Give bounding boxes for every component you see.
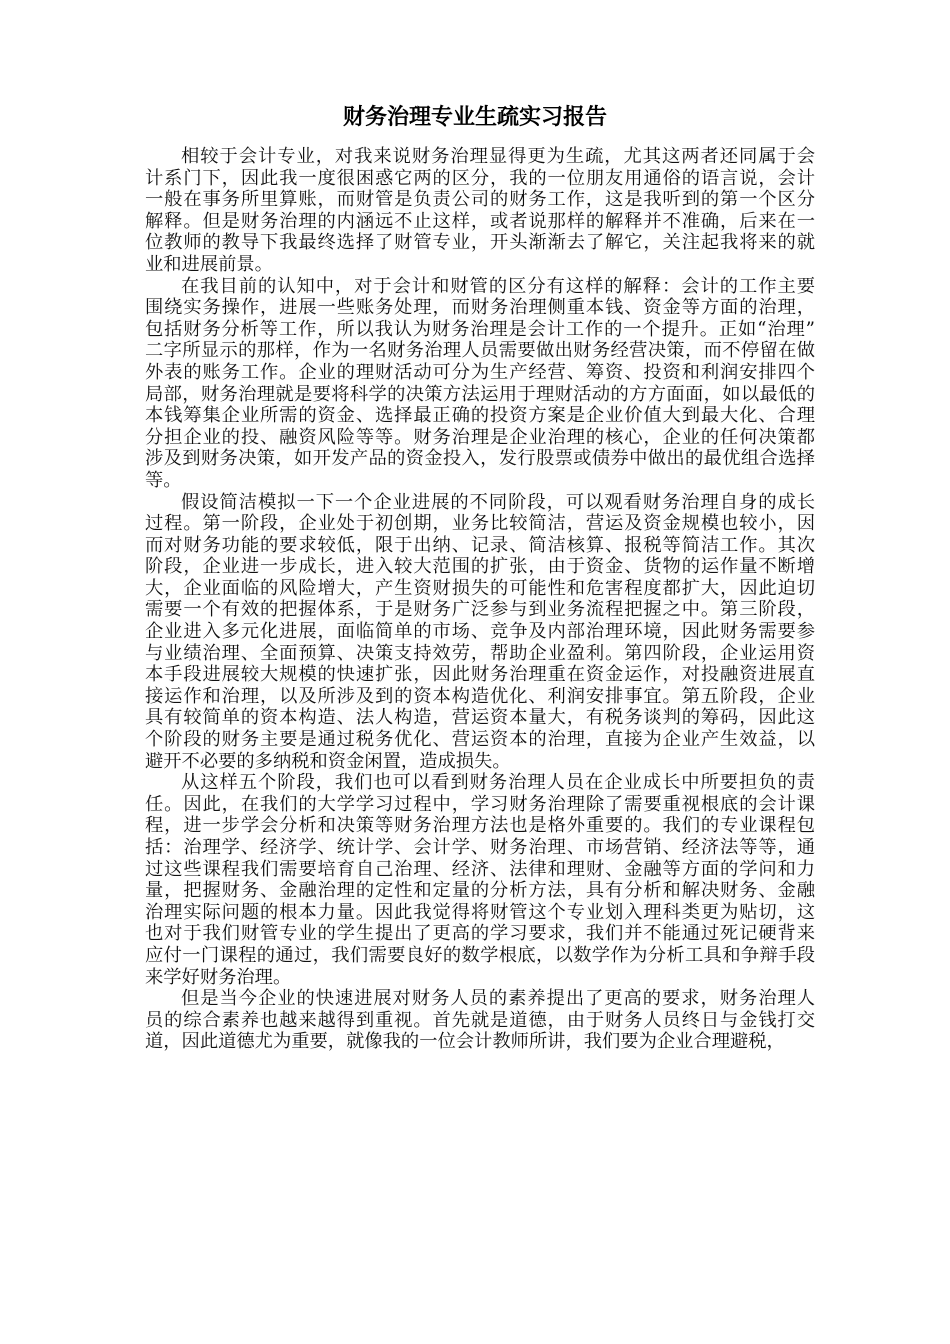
text-line: 道，因此道德尤为重要，就像我的一位会计教师所讲，我们要为企业合理避税， [145,1031,815,1053]
text-line: 而对财务功能的要求较低，限于出纳、记录、简洁核算、报税等简洁工作。其次 [145,535,815,557]
text-line: 从这样五个阶段，我们也可以看到财务治理人员在企业成长中所要担负的责 [145,772,815,794]
text-line: 大，企业面临的风险增大，产生资财损失的可能性和危害程度都扩大，因此迫切 [145,578,815,600]
text-line: 围绕实务操作，进展一些账务处理，而财务治理侧重本钱、资金等方面的治理， [145,297,815,319]
text-line: 等。 [145,470,815,492]
paragraph: 在我目前的认知中，对于会计和财管的区分有这样的解释：会计的工作主要围绕实务操作，… [145,276,815,492]
text-line: 外表的账务工作。企业的理财活动可分为生产经营、筹资、投资和利润安排四个 [145,362,815,384]
text-line: 业和进展前景。 [145,254,815,276]
document-body: 相较于会计专业，对我来说财务治理显得更为生疏，尤其这两者还同属于会计系门下，因此… [145,146,815,1053]
text-line: 也对于我们财管专业的学生提出了更高的学习要求，我们并不能通过死记硬背来 [145,923,815,945]
text-line: 但是当今企业的快速进展对财务人员的素养提出了更高的要求，财务治理人 [145,988,815,1010]
text-line: 个阶段的财务主要是通过税务优化、营运资本的治理，直接为企业产生效益，以 [145,729,815,751]
text-line: 计系门下，因此我一度很困惑它两的区分，我的一位朋友用通俗的语言说，会计 [145,168,815,190]
text-line: 接运作和治理，以及所涉及到的资本构造优化、利润安排事宜。第五阶段，企业 [145,686,815,708]
text-line: 涉及到财务决策，如开发产品的资金投入，发行股票或债券中做出的最优组合选择 [145,448,815,470]
paragraph: 相较于会计专业，对我来说财务治理显得更为生疏，尤其这两者还同属于会计系门下，因此… [145,146,815,276]
text-line: 避开不必要的多纳税和资金闲置，造成损失。 [145,751,815,773]
text-line: 过程。第一阶段，企业处于初创期，业务比较简洁，营运及资金规模也较小，因 [145,513,815,535]
text-line: 企业进入多元化进展，面临简单的市场、竞争及内部治理环境，因此财务需要参 [145,621,815,643]
text-line: 阶段，企业进一步成长，进入较大范围的扩张，由于资金、货物的运作量不断增 [145,556,815,578]
text-line: 包括财务分析等工作，所以我认为财务治理是会计工作的一个提升。正如“治理” [145,319,815,341]
text-line: 应付一门课程的通过，我们需要良好的数学根底，以数学作为分析工具和争辩手段 [145,945,815,967]
text-line: 具有较简单的资本构造、法人构造，营运资本量大，有税务谈判的筹码，因此这 [145,707,815,729]
text-line: 本钱筹集企业所需的资金、选择最正确的投资方案是企业价值大到最大化、合理 [145,405,815,427]
paragraph: 但是当今企业的快速进展对财务人员的素养提出了更高的要求，财务治理人员的综合素养也… [145,988,815,1053]
text-line: 二字所显示的那样，作为一名财务治理人员需要做出财务经营决策，而不停留在做 [145,340,815,362]
text-line: 程，进一步学会分析和决策等财务治理方法也是格外重要的。我们的专业课程包 [145,815,815,837]
paragraph: 从这样五个阶段，我们也可以看到财务治理人员在企业成长中所要担负的责任。因此，在我… [145,772,815,988]
text-line: 量，把握财务、金融治理的定性和定量的分析方法，具有分析和解决财务、金融 [145,880,815,902]
text-line: 分担企业的投、融资风险等等。财务治理是企业治理的核心，企业的任何决策都 [145,427,815,449]
text-line: 任。因此，在我们的大学学习过程中，学习财务治理除了需要重视根底的会计课 [145,794,815,816]
text-line: 来学好财务治理。 [145,967,815,989]
text-line: 需要一个有效的把握体系，于是财务广泛参与到业务流程把握之中。第三阶段， [145,599,815,621]
document-page: 财务治理专业生疏实习报告 相较于会计专业，对我来说财务治理显得更为生疏，尤其这两… [0,0,950,1344]
text-line: 解释。但是财务治理的内涵远不止这样，或者说那样的解释并不准确，后来在一 [145,211,815,233]
text-line: 治理实际问题的根本力量。因此我觉得将财管这个专业划入理科类更为贴切，这 [145,902,815,924]
text-line: 一般在事务所里算账，而财管是负责公司的财务工作，这是我听到的第一个区分 [145,189,815,211]
text-line: 位教师的教导下我最终选择了财管专业，开头渐渐去了解它，关注起我将来的就 [145,232,815,254]
text-line: 括：治理学、经济学、统计学、会计学、财务治理、市场营销、经济法等等，通 [145,837,815,859]
paragraph: 假设简洁模拟一下一个企业进展的不同阶段，可以观看财务治理自身的成长过程。第一阶段… [145,492,815,773]
text-line: 局部，财务治理就是要将科学的决策方法运用于理财活动的方方面面，如以最低的 [145,384,815,406]
text-line: 在我目前的认知中，对于会计和财管的区分有这样的解释：会计的工作主要 [145,276,815,298]
text-line: 本手段进展较大规模的快速扩张，因此财务治理重在资金运作，对投融资进展直 [145,664,815,686]
text-line: 相较于会计专业，对我来说财务治理显得更为生疏，尤其这两者还同属于会 [145,146,815,168]
text-line: 员的综合素养也越来越得到重视。首先就是道德，由于财务人员终日与金钱打交 [145,1010,815,1032]
text-line: 过这些课程我们需要培育自己治理、经济、法律和理财、金融等方面的学问和力 [145,859,815,881]
document-title: 财务治理专业生疏实习报告 [0,104,950,132]
text-line: 与业绩治理、全面预算、决策支持效劳，帮助企业盈利。第四阶段，企业运用资 [145,643,815,665]
text-line: 假设简洁模拟一下一个企业进展的不同阶段，可以观看财务治理自身的成长 [145,492,815,514]
